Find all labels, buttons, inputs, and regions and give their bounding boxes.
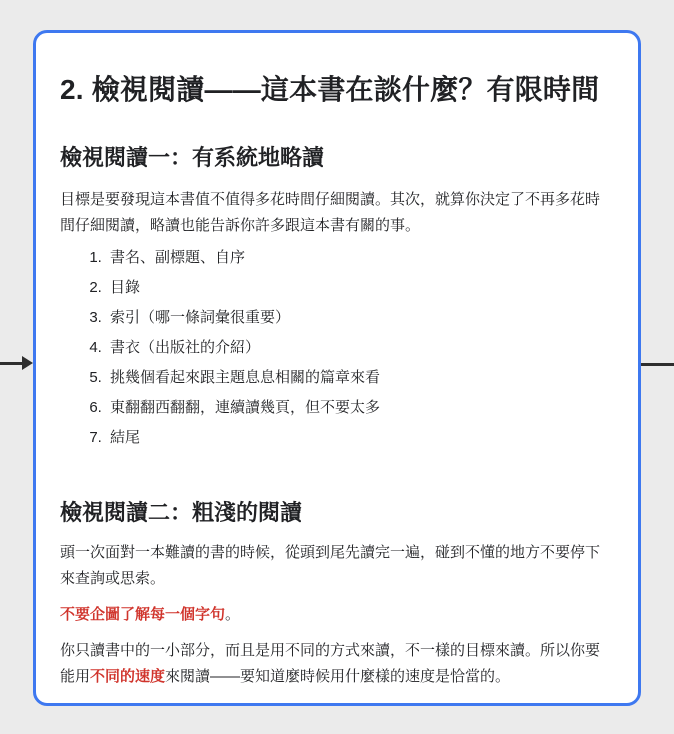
section2-paragraph1: 頭一次面對一本難讀的書的時候，從頭到尾先讀完一遍，碰到不懂的地方不要停下來查詢或… bbox=[60, 540, 614, 592]
list-item: 索引（哪一條詞彙很重要） bbox=[106, 303, 614, 333]
list-item: 目錄 bbox=[106, 273, 614, 303]
section2-warning: 不要企圖了解每一個字句。 bbox=[60, 602, 614, 628]
card-title: 2. 檢視閱讀——這本書在談什麼？有限時間 bbox=[60, 71, 614, 109]
card-inspectional-reading[interactable]: 2. 檢視閱讀——這本書在談什麼？有限時間 檢視閱讀一：有系統地略讀 目標是要發… bbox=[33, 30, 641, 706]
section1-heading: 檢視閱讀一：有系統地略讀 bbox=[60, 143, 614, 173]
section1-intro: 目標是要發現這本書值不值得多花時間仔細閱讀。其次，就算你決定了不再多花時間仔細閱… bbox=[60, 187, 614, 239]
warning-red-text: 不要企圖了解每一個字句 bbox=[60, 606, 225, 623]
section2-paragraph2: 你只讀書中的一小部分，而且是用不同的方式來讀，不一樣的目標來讀。所以你要能用不同… bbox=[60, 638, 614, 690]
list-item: 挑幾個看起來跟主題息息相關的篇章來看 bbox=[106, 363, 614, 393]
list-item: 書名、副標題、自序 bbox=[106, 243, 614, 273]
p2-red-text: 不同的速度 bbox=[90, 668, 165, 685]
connector-line bbox=[641, 363, 674, 366]
section2-heading: 檢視閱讀二：粗淺的閱讀 bbox=[60, 498, 614, 528]
skim-steps-list: 書名、副標題、自序 目錄 索引（哪一條詞彙很重要） 書衣（出版社的介紹） 挑幾個… bbox=[60, 243, 614, 453]
arrow-right-icon bbox=[22, 356, 33, 370]
warning-tail: 。 bbox=[225, 606, 240, 623]
list-item: 書衣（出版社的介紹） bbox=[106, 333, 614, 363]
list-item: 東翻翻西翻翻，連續讀幾頁，但不要太多 bbox=[106, 393, 614, 423]
p2-text-after: 來閱讀——要知道麼時候用什麼樣的速度是恰當的。 bbox=[165, 668, 510, 685]
list-item: 結尾 bbox=[106, 423, 614, 453]
